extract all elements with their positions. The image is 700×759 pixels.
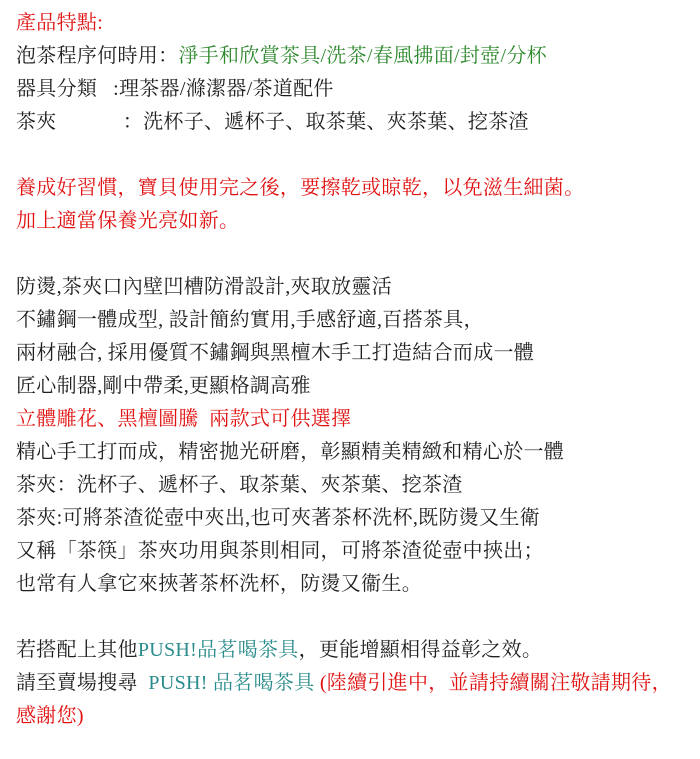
text-line: 茶夾:可將茶渣從壺中夾出,也可夾著茶杯洗杯,既防燙又生衛 bbox=[16, 502, 692, 535]
text-segment: 匠心制器,剛中帶柔,更顯格調高雅 bbox=[16, 375, 311, 397]
text-segment: 產品特點: bbox=[16, 12, 103, 34]
text-line: 兩材融合, 採用優質不鏽鋼與黑檀木手工打造結合而成一體 bbox=[16, 337, 692, 370]
text-line: 匠心制器,剛中帶柔,更顯格調高雅 bbox=[16, 370, 692, 403]
text-segment: ，更能增顯相得益彰之效。 bbox=[299, 639, 543, 661]
text-segment: 茶夾：洗杯子、遞杯子、取茶葉、夾茶葉、挖茶渣 bbox=[16, 474, 463, 496]
text-segment: 器具分類 :理茶器/滌潔器/茶道配件 bbox=[16, 78, 334, 100]
text-line: 立體雕花、黑檀圖騰 兩款式可供選擇 bbox=[16, 403, 692, 436]
text-segment: 茶夾 ：洗杯子、遞杯子、取茶葉、夾茶葉、挖茶渣 bbox=[16, 111, 529, 133]
text-segment: PUSH!品茗喝茶具 bbox=[138, 639, 299, 661]
text-segment: 立體雕花、黑檀圖騰 兩款式可供選擇 bbox=[16, 408, 351, 430]
text-line: 不鏽鋼一體成型, 設計簡約實用,手感舒適,百搭茶具， bbox=[16, 304, 692, 337]
text-line: 泡茶程序何時用：淨手和欣賞茶具/洗茶/春風拂面/封壺/分杯 bbox=[16, 40, 692, 73]
text-line: 茶夾 ：洗杯子、遞杯子、取茶葉、夾茶葉、挖茶渣 bbox=[16, 106, 692, 139]
text-segment: 茶夾:可將茶渣從壺中夾出,也可夾著茶杯洗杯,既防燙又生衛 bbox=[16, 507, 540, 529]
text-segment: 精心手工打而成，精密拋光研磨，彰顯精美精緻和精心於一體 bbox=[16, 441, 564, 463]
blank-line bbox=[16, 601, 692, 634]
text-segment: 泡茶程序何時用： bbox=[16, 45, 178, 67]
text-segment: (陸續引進中，並請持續關注敬請期待， bbox=[320, 672, 672, 694]
blank-line bbox=[16, 238, 692, 271]
text-segment: 防燙,茶夾口內壁凹槽防滑設計,夾取放靈活 bbox=[16, 276, 392, 298]
text-segment: 又稱「茶筷」茶夾功用與茶則相同，可將茶渣從壺中挾出； bbox=[16, 540, 544, 562]
text-line: 產品特點: bbox=[16, 7, 692, 40]
text-segment: PUSH! 品茗喝茶具 bbox=[148, 672, 319, 694]
text-line: 茶夾：洗杯子、遞杯子、取茶葉、夾茶葉、挖茶渣 bbox=[16, 469, 692, 502]
text-line: 又稱「茶筷」茶夾功用與茶則相同，可將茶渣從壺中挾出； bbox=[16, 535, 692, 568]
text-line: 請至賣場搜尋 PUSH! 品茗喝茶具 (陸續引進中，並請持續關注敬請期待， bbox=[16, 667, 692, 700]
text-line: 防燙,茶夾口內壁凹槽防滑設計,夾取放靈活 bbox=[16, 271, 692, 304]
text-segment: 淨手和欣賞茶具/洗茶/春風拂面/封壺/分杯 bbox=[178, 45, 547, 67]
text-segment: 若搭配上其他 bbox=[16, 639, 138, 661]
text-line: 精心手工打而成，精密拋光研磨，彰顯精美精緻和精心於一體 bbox=[16, 436, 692, 469]
text-segment: 請至賣場搜尋 bbox=[16, 672, 148, 694]
text-segment: 兩材融合, 採用優質不鏽鋼與黑檀木手工打造結合而成一體 bbox=[16, 342, 534, 364]
text-segment: 也常有人拿它來挾著茶杯洗杯，防燙又衞生。 bbox=[16, 573, 422, 595]
text-segment: 養成好習慣，寶貝使用完之後，要擦乾或晾乾，以免滋生細菌。 bbox=[16, 177, 584, 199]
text-line: 器具分類 :理茶器/滌潔器/茶道配件 bbox=[16, 73, 692, 106]
text-line: 若搭配上其他PUSH!品茗喝茶具，更能增顯相得益彰之效。 bbox=[16, 634, 692, 667]
text-line: 養成好習慣，寶貝使用完之後，要擦乾或晾乾，以免滋生細菌。 bbox=[16, 172, 692, 205]
product-description: 產品特點:泡茶程序何時用：淨手和欣賞茶具/洗茶/春風拂面/封壺/分杯器具分類 :… bbox=[0, 0, 700, 733]
text-line: 感謝您) bbox=[16, 700, 692, 733]
blank-line bbox=[16, 139, 692, 172]
text-segment: 不鏽鋼一體成型, 設計簡約實用,手感舒適,百搭茶具， bbox=[16, 309, 484, 331]
text-line: 也常有人拿它來挾著茶杯洗杯，防燙又衞生。 bbox=[16, 568, 692, 601]
text-segment: 加上適當保養光亮如新。 bbox=[16, 210, 239, 232]
text-segment: 感謝您) bbox=[16, 705, 84, 727]
text-line: 加上適當保養光亮如新。 bbox=[16, 205, 692, 238]
